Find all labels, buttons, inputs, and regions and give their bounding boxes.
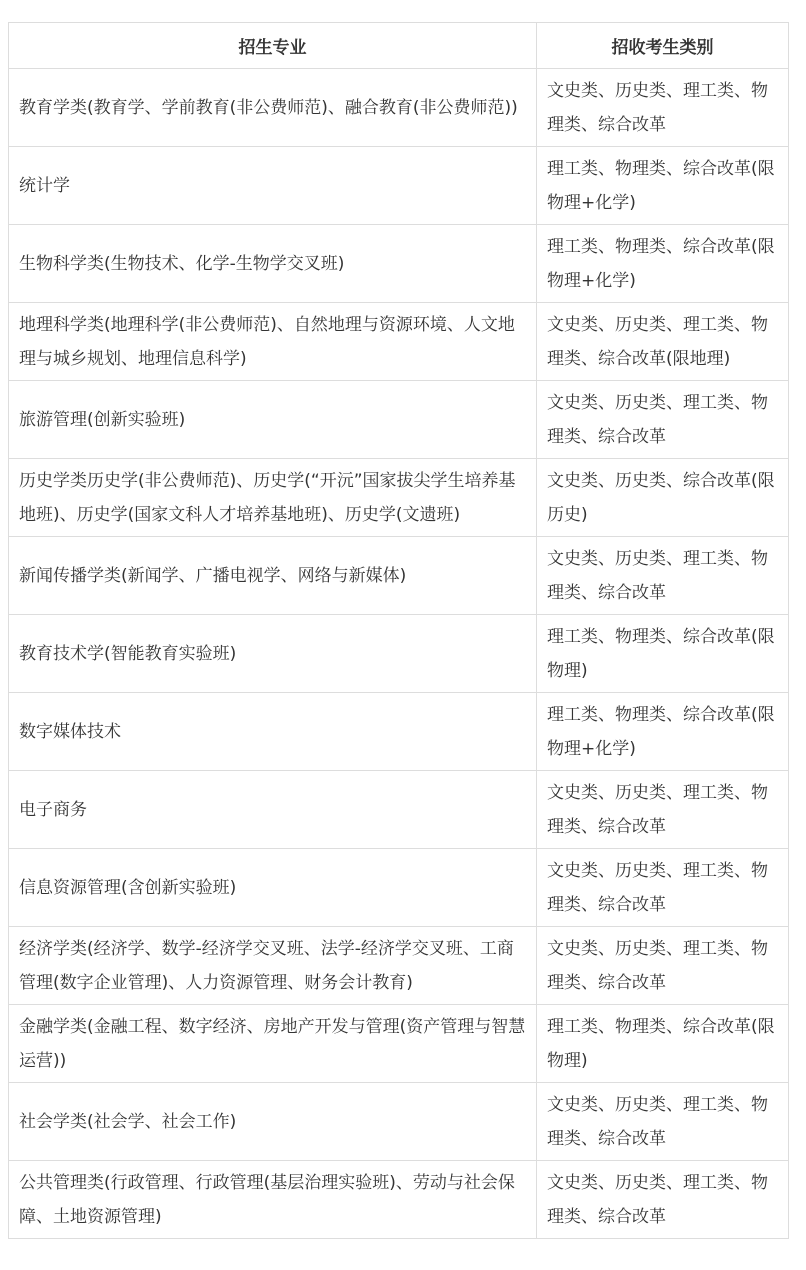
major-cell: 社会学类(社会学、社会工作) (9, 1083, 537, 1161)
category-cell: 文史类、历史类、综合改革(限历史) (537, 459, 789, 537)
category-cell: 文史类、历史类、理工类、物理类、综合改革(限地理) (537, 303, 789, 381)
table-row: 教育技术学(智能教育实验班)理工类、物理类、综合改革(限物理) (9, 615, 789, 693)
category-cell: 文史类、历史类、理工类、物理类、综合改革 (537, 381, 789, 459)
table-row: 新闻传播学类(新闻学、广播电视学、网络与新媒体)文史类、历史类、理工类、物理类、… (9, 537, 789, 615)
table-row: 旅游管理(创新实验班)文史类、历史类、理工类、物理类、综合改革 (9, 381, 789, 459)
header-category: 招收考生类别 (537, 23, 789, 69)
category-cell: 文史类、历史类、理工类、物理类、综合改革 (537, 927, 789, 1005)
major-cell: 历史学类历史学(非公费师范)、历史学(“开沅”国家拔尖学生培养基地班)、历史学(… (9, 459, 537, 537)
category-cell: 文史类、历史类、理工类、物理类、综合改革 (537, 1161, 789, 1239)
major-cell: 教育技术学(智能教育实验班) (9, 615, 537, 693)
table-row: 生物科学类(生物技术、化学-生物学交叉班)理工类、物理类、综合改革(限物理+化学… (9, 225, 789, 303)
category-cell: 文史类、历史类、理工类、物理类、综合改革 (537, 69, 789, 147)
table-row: 金融学类(金融工程、数字经济、房地产开发与管理(资产管理与智慧运营))理工类、物… (9, 1005, 789, 1083)
header-major: 招生专业 (9, 23, 537, 69)
major-cell: 经济学类(经济学、数学-经济学交叉班、法学-经济学交叉班、工商管理(数字企业管理… (9, 927, 537, 1005)
major-cell: 公共管理类(行政管理、行政管理(基层治理实验班)、劳动与社会保障、土地资源管理) (9, 1161, 537, 1239)
category-cell: 文史类、历史类、理工类、物理类、综合改革 (537, 771, 789, 849)
major-cell: 教育学类(教育学、学前教育(非公费师范)、融合教育(非公费师范)) (9, 69, 537, 147)
table-header-row: 招生专业 招收考生类别 (9, 23, 789, 69)
major-cell: 金融学类(金融工程、数字经济、房地产开发与管理(资产管理与智慧运营)) (9, 1005, 537, 1083)
major-cell: 地理科学类(地理科学(非公费师范)、自然地理与资源环境、人文地理与城乡规划、地理… (9, 303, 537, 381)
major-cell: 统计学 (9, 147, 537, 225)
category-cell: 理工类、物理类、综合改革(限物理+化学) (537, 147, 789, 225)
table-row: 社会学类(社会学、社会工作)文史类、历史类、理工类、物理类、综合改革 (9, 1083, 789, 1161)
major-cell: 信息资源管理(含创新实验班) (9, 849, 537, 927)
table-row: 经济学类(经济学、数学-经济学交叉班、法学-经济学交叉班、工商管理(数字企业管理… (9, 927, 789, 1005)
category-cell: 理工类、物理类、综合改革(限物理) (537, 615, 789, 693)
major-cell: 生物科学类(生物技术、化学-生物学交叉班) (9, 225, 537, 303)
table-row: 地理科学类(地理科学(非公费师范)、自然地理与资源环境、人文地理与城乡规划、地理… (9, 303, 789, 381)
table-row: 信息资源管理(含创新实验班)文史类、历史类、理工类、物理类、综合改革 (9, 849, 789, 927)
table-row: 公共管理类(行政管理、行政管理(基层治理实验班)、劳动与社会保障、土地资源管理)… (9, 1161, 789, 1239)
category-cell: 理工类、物理类、综合改革(限物理+化学) (537, 693, 789, 771)
category-cell: 文史类、历史类、理工类、物理类、综合改革 (537, 849, 789, 927)
table-row: 数字媒体技术理工类、物理类、综合改革(限物理+化学) (9, 693, 789, 771)
table-row: 历史学类历史学(非公费师范)、历史学(“开沅”国家拔尖学生培养基地班)、历史学(… (9, 459, 789, 537)
major-cell: 数字媒体技术 (9, 693, 537, 771)
category-cell: 文史类、历史类、理工类、物理类、综合改革 (537, 1083, 789, 1161)
major-cell: 电子商务 (9, 771, 537, 849)
admissions-table: 招生专业 招收考生类别 教育学类(教育学、学前教育(非公费师范)、融合教育(非公… (8, 22, 789, 1239)
table-row: 教育学类(教育学、学前教育(非公费师范)、融合教育(非公费师范))文史类、历史类… (9, 69, 789, 147)
table-row: 统计学理工类、物理类、综合改革(限物理+化学) (9, 147, 789, 225)
major-cell: 旅游管理(创新实验班) (9, 381, 537, 459)
table-row: 电子商务文史类、历史类、理工类、物理类、综合改革 (9, 771, 789, 849)
category-cell: 理工类、物理类、综合改革(限物理+化学) (537, 225, 789, 303)
category-cell: 理工类、物理类、综合改革(限物理) (537, 1005, 789, 1083)
major-cell: 新闻传播学类(新闻学、广播电视学、网络与新媒体) (9, 537, 537, 615)
category-cell: 文史类、历史类、理工类、物理类、综合改革 (537, 537, 789, 615)
